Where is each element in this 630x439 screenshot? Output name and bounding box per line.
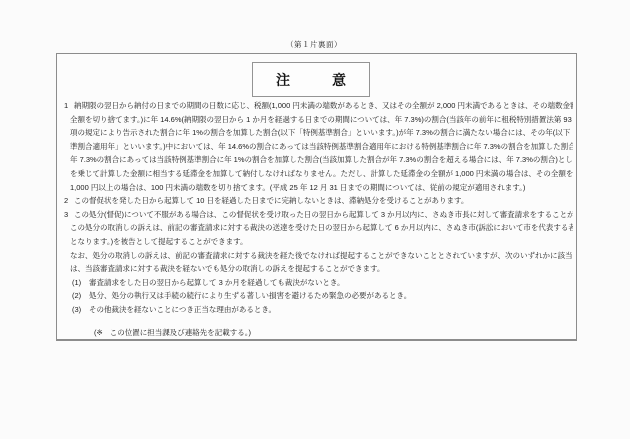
line-text: は、当該審査請求に対する裁決を経ないでも処分の取消しの訴えを提起することができま… — [70, 264, 384, 273]
line-text: なお、処分の取消しの訴えは、前記の審査請求に対する裁決を経た後でなければ提起する… — [70, 251, 573, 260]
notice-line: は、当該審査請求に対する裁決を経ないでも処分の取消しの訴えを提起することができま… — [62, 262, 573, 276]
line-marker: 1 — [64, 99, 74, 113]
line-marker: (1) — [72, 276, 89, 290]
notice-line: 3この処分(督促)について不服がある場合は、この督促状を受け取った日の翌日から起… — [62, 208, 573, 222]
line-marker: (※ — [94, 326, 103, 340]
line-text: 年 7.3%の割合にあっては当該特例基準割合に年 1%の割合を加算した割合(当該… — [70, 155, 573, 164]
line-text: 準割合適用年」といいます。)中においては、年 14.6%の割合にあっては当該特例… — [70, 142, 573, 151]
notice-line: 項の規定により告示された割合に年 1%の割合を加算した割合(以下「特例基準割合」… — [62, 126, 573, 140]
notice-line: (1)審査請求をした日の翌日から起算して 3 か月を経過しても裁決がないとき。 — [62, 276, 573, 290]
line-text: 全額を切り捨てます。)に年 14.6%(納期限の翌日から 1 か月を経過する日ま… — [70, 115, 573, 124]
corner-label: （第１片裏面） — [0, 39, 628, 50]
line-marker: 2 — [64, 194, 74, 208]
notice-line: (2)処分、処分の執行又は手続の続行により生ずる著しい損害を避けるため緊急の必要… — [62, 289, 573, 303]
line-text: 審査請求をした日の翌日から起算して 3 か月を経過しても裁決がないとき。 — [89, 278, 345, 287]
notice-line: 全額を切り捨てます。)に年 14.6%(納期限の翌日から 1 か月を経過する日ま… — [62, 113, 573, 127]
line-marker: 3 — [64, 208, 74, 222]
line-text: この処分の取消しの訴えは、前記の審査請求に対する裁決の送達を受けた日の翌日から起… — [70, 223, 573, 232]
line-text: その他裁決を経ないことにつき正当な理由があるとき。 — [89, 305, 276, 314]
notice-line: (3)その他裁決を経ないことにつき正当な理由があるとき。 — [62, 303, 573, 317]
notice-line: この処分の取消しの訴えは、前記の審査請求に対する裁決の送達を受けた日の翌日から起… — [62, 221, 573, 235]
line-text: 項の規定により告示された割合に年 1%の割合を加算した割合(以下「特例基準割合」… — [70, 128, 573, 137]
document-sheet: （第１片裏面） 注 意 1納期限の翌日から納付の日までの期間の日数に応じ、税額(… — [0, 0, 630, 439]
line-text: この処分(督促)について不服がある場合は、この督促状を受け取った日の翌日から起算… — [74, 210, 573, 219]
line-marker: (2) — [72, 289, 89, 303]
notice-line: 年 7.3%の割合にあっては当該特例基準割合に年 1%の割合を加算した割合(当該… — [62, 153, 573, 167]
line-text: 納期限の翌日から納付の日までの期間の日数に応じ、税額(1,000 円未満の端数が… — [74, 101, 573, 110]
notice-line: なお、処分の取消しの訴えは、前記の審査請求に対する裁決を経た後でなければ提起する… — [62, 249, 573, 263]
notice-line: となります。)を被告として提起することができます。 — [62, 235, 573, 249]
notice-title: 注 意 — [276, 70, 346, 90]
line-text: この位置に担当課及び連絡先を記載する。) — [110, 328, 251, 337]
notice-line: 準割合適用年」といいます。)中においては、年 14.6%の割合にあっては当該特例… — [62, 140, 573, 154]
notice-line: 1納期限の翌日から納付の日までの期間の日数に応じ、税額(1,000 円未満の端数… — [62, 99, 573, 113]
line-text: 1,000 円以上の場合は、100 円未満の端数を切り捨てます。(平成 25 年… — [70, 183, 525, 192]
line-text: となります。)を被告として提起することができます。 — [70, 237, 248, 246]
line-marker: (3) — [72, 303, 89, 317]
notice-line: (※この位置に担当課及び連絡先を記載する。) — [62, 326, 573, 340]
notice-line: 1,000 円以上の場合は、100 円未満の端数を切り捨てます。(平成 25 年… — [62, 181, 573, 195]
notice-title-box: 注 意 — [252, 62, 370, 97]
line-text: を乗じて計算した金額に相当する延滞金を加算して納付しなければなりません。ただし、… — [70, 169, 573, 178]
notice-text-area: 1納期限の翌日から納付の日までの期間の日数に応じ、税額(1,000 円未満の端数… — [62, 99, 573, 339]
line-text: この督促状を発した日から起算して 10 日を経過した日までに完納しないときは、滞… — [74, 196, 468, 205]
notice-outer-box: 注 意 1納期限の翌日から納付の日までの期間の日数に応じ、税額(1,000 円未… — [56, 53, 577, 341]
notice-line: 2この督促状を発した日から起算して 10 日を経過した日までに完納しないときは、… — [62, 194, 573, 208]
line-text: 処分、処分の執行又は手続の続行により生ずる著しい損害を避けるため緊急の必要がある… — [89, 291, 411, 300]
notice-line: を乗じて計算した金額に相当する延滞金を加算して納付しなければなりません。ただし、… — [62, 167, 573, 181]
